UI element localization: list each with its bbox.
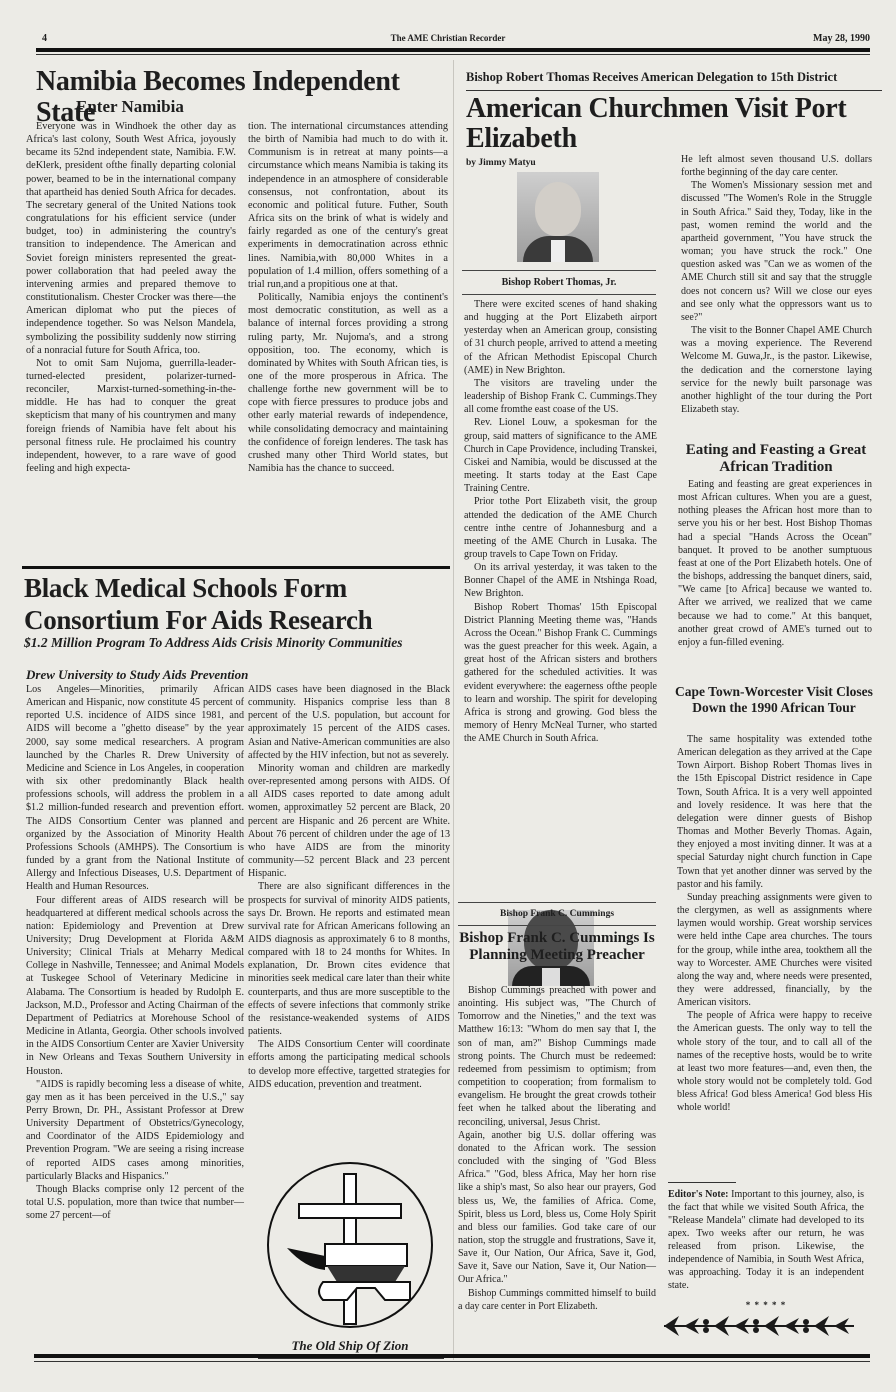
aids-column-1: Los Angeles—Minorities, primarily Africa… <box>26 683 244 1222</box>
paragraph: Bishop Robert Thomas' 15th Episcopal Dis… <box>464 601 657 746</box>
paragraph: Sunday preaching assignments were given … <box>677 891 872 1009</box>
byline: by Jimmy Matyu <box>466 158 536 168</box>
cummings-headline: Bishop Frank C. Cummings Is Planning Mee… <box>458 930 656 964</box>
photo-bishop-robert-thomas <box>517 172 599 262</box>
paragraph: There are also significant differences i… <box>248 880 450 1038</box>
aids-headline: Black Medical Schools Form Consortium Fo… <box>24 572 454 636</box>
paragraph: Politically, Namibia enjoys the continen… <box>248 291 448 475</box>
feasting-headline: Eating and Feasting a Great African Trad… <box>676 442 876 476</box>
ship-of-zion-anvil-cross-icon <box>265 1160 435 1330</box>
paragraph: Bishop Cummings committed himself to bui… <box>458 1287 656 1313</box>
bottom-rule-thin <box>34 1361 870 1362</box>
logo-rule <box>258 1358 444 1359</box>
paragraph: The Women's Missionary session met and d… <box>681 179 872 324</box>
churchmen-column-1: There were excited scenes of hand shakin… <box>464 298 657 745</box>
paragraph: The AIDS Consortium Center will coordina… <box>248 1038 450 1091</box>
kicker-rule <box>466 90 882 91</box>
paragraph: Again, another big U.S. dollar offering … <box>458 1129 656 1287</box>
namibia-subhead: Enter Namibia <box>76 97 184 117</box>
paragraph: Four different areas of AIDS research wi… <box>26 894 244 1078</box>
namibia-column-2: tion. The international circumstances at… <box>248 120 448 475</box>
paragraph: Los Angeles—Minorities, primarily Africa… <box>26 683 244 894</box>
paragraph: On its arrival yesterday, it was taken t… <box>464 561 657 600</box>
paragraph: AIDS cases have been diagnosed in the Bl… <box>248 683 450 762</box>
masthead-rule <box>36 48 870 52</box>
logo-caption: The Old Ship Of Zion <box>250 1338 450 1354</box>
paragraph: Though Blacks comprise only 12 percent o… <box>26 1183 244 1222</box>
feasting-body: Eating and feasting are great experience… <box>678 478 872 649</box>
aids-column-2: AIDS cases have been diagnosed in the Bl… <box>248 683 450 1091</box>
cummings-body: Bishop Cummings preached with power and … <box>458 984 656 1313</box>
paragraph: Rev. Lionel Louw, a spokesman for the gr… <box>464 416 657 495</box>
churchmen-headline: American Churchmen Visit Port Elizabeth <box>466 94 876 154</box>
paragraph: Bishop Cummings preached with power and … <box>458 984 656 1129</box>
paragraph: Prior tothe Port Elizabeth visit, the gr… <box>464 495 657 561</box>
aids-deck: $1.2 Million Program To Address Aids Cri… <box>24 635 444 650</box>
paragraph: Not to omit Sam Nujoma, guerrilla-leader… <box>26 357 236 475</box>
column-separator <box>453 60 454 1360</box>
publication-name: The AME Christian Recorder <box>0 33 896 43</box>
paragraph: The same hospitality was extended tothe … <box>677 733 872 891</box>
capetown-headline: Cape Town-Worcester Visit Closes Down th… <box>672 684 876 715</box>
section-divider <box>22 566 450 569</box>
churchmen-kicker: Bishop Robert Thomas Receives American D… <box>466 70 837 85</box>
issue-date: May 28, 1990 <box>813 33 870 44</box>
paragraph: The visit to the Bonner Chapel AME Churc… <box>681 324 872 416</box>
capetown-body: The same hospitality was extended tothe … <box>677 733 872 1115</box>
floral-border-ornament-icon <box>664 1312 854 1340</box>
paragraph: He left almost seven thousand U.S. dolla… <box>681 153 872 179</box>
paragraph: There were excited scenes of hand shakin… <box>464 298 657 377</box>
paragraph: The visitors are traveling under the lea… <box>464 377 657 416</box>
photo1-caption: Bishop Robert Thomas, Jr. <box>462 270 656 295</box>
editors-note: Editor's Note: Important to this journey… <box>668 1188 864 1292</box>
namibia-column-1: Everyone was in Windhoek the other day a… <box>26 120 236 475</box>
paragraph: Eating and feasting are great experience… <box>678 478 872 649</box>
paragraph: "AIDS is rapidly becoming less a disease… <box>26 1078 244 1183</box>
paragraph: Everyone was in Windhoek the other day a… <box>26 120 236 357</box>
end-mark: * * * * * <box>668 1300 864 1310</box>
bottom-rule <box>34 1354 870 1358</box>
editors-note-label: Editor's Note: <box>668 1189 728 1200</box>
editors-note-rule <box>668 1182 736 1183</box>
aids-subhead: Drew University to Study Aids Prevention <box>26 667 248 683</box>
churchmen-column-2: He left almost seven thousand U.S. dolla… <box>681 153 872 416</box>
paragraph: The people of Africa were happy to recei… <box>677 1009 872 1114</box>
masthead-rule-thin <box>36 54 870 55</box>
editors-note-text: Important to this journey, also, is the … <box>668 1189 864 1291</box>
photo2-caption: Bishop Frank C. Cummings <box>458 902 656 926</box>
paragraph: Minority woman and children are markedly… <box>248 762 450 880</box>
paragraph: tion. The international circumstances at… <box>248 120 448 291</box>
